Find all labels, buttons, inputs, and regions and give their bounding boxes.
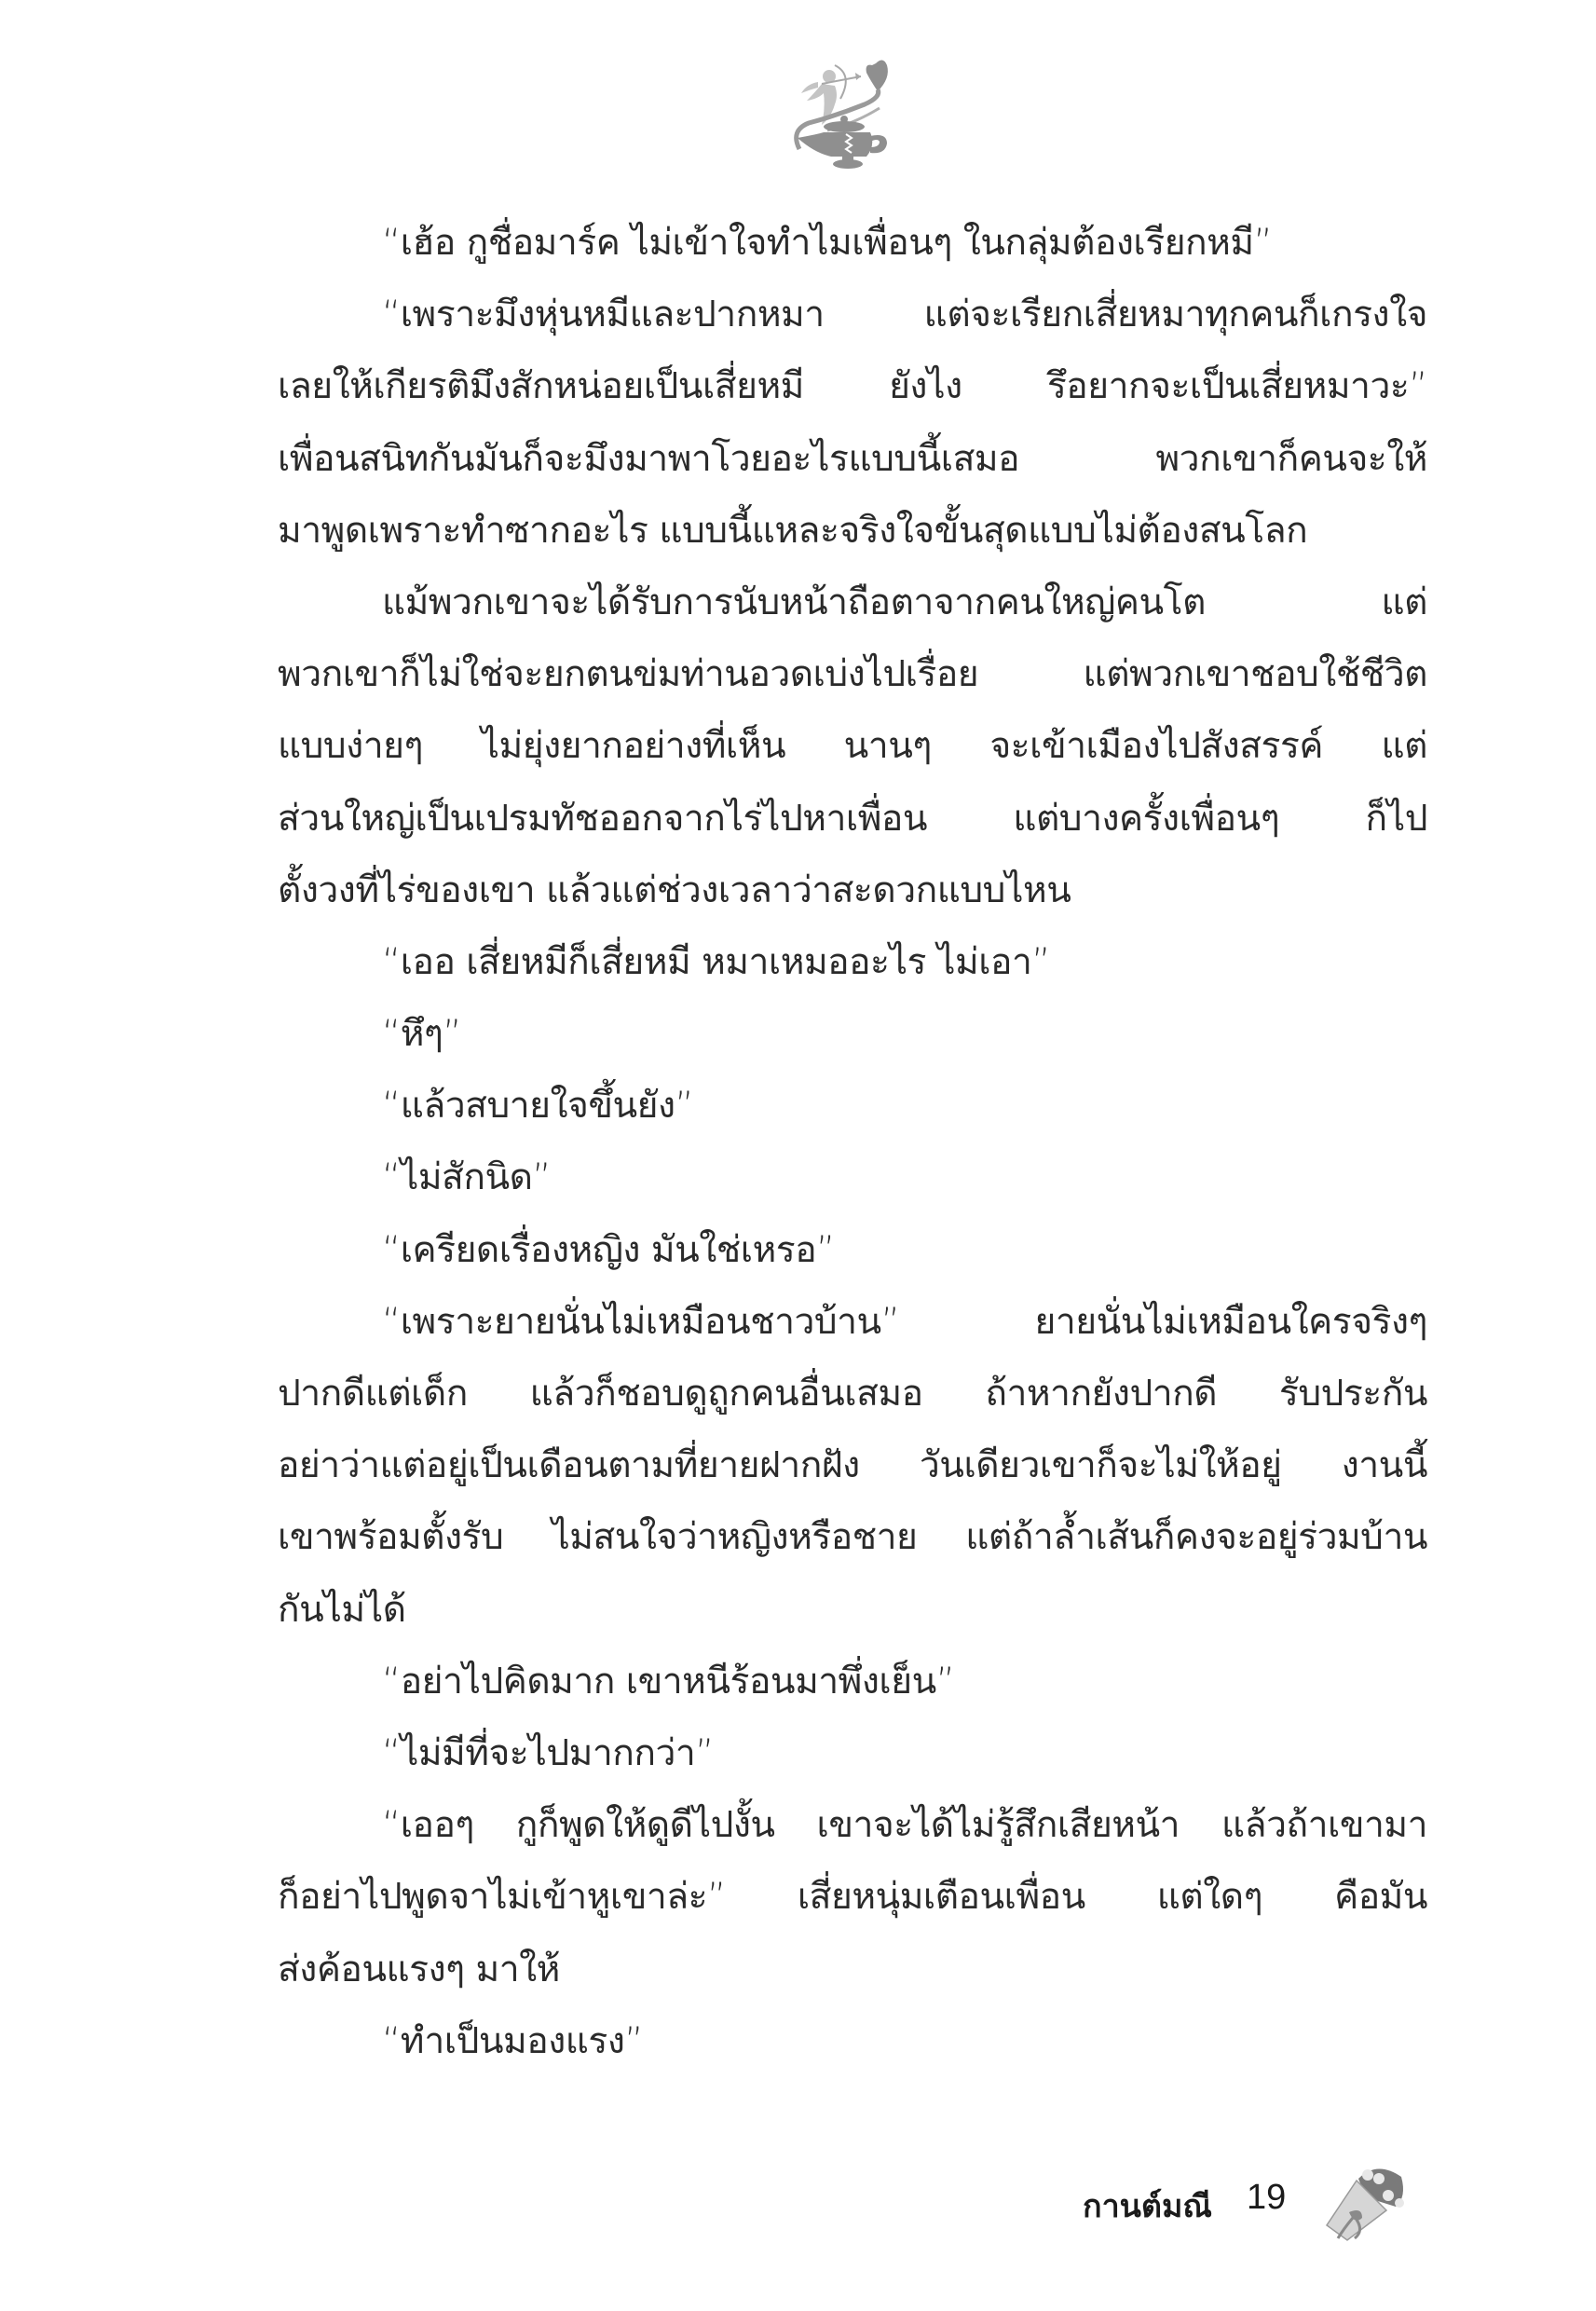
text-line: “เพราะยายนั่นไม่เหมือนชาวบ้าน” ยายนั่นไม… (278, 1286, 1427, 1358)
flower-bouquet-icon (1321, 2160, 1414, 2244)
text-line: กันไม่ได้ (278, 1574, 1427, 1646)
running-footer-title: กานต์มณี (1083, 2181, 1212, 2231)
text-line: “เพราะมึงหุ่นหมีและปากหมา แต่จะเรียกเสี่… (278, 279, 1427, 350)
text-line: เลยให้เกียรติมึงสักหน่อยเป็นเสี่ยหมี ยัง… (278, 350, 1427, 422)
text-line: มาพูดเพราะทำซากอะไร แบบนี้แหละจริงใจขั้น… (278, 495, 1427, 567)
text-line: เขาพร้อมตั้งรับ ไม่สนใจว่าหญิงหรือชาย แต… (278, 1501, 1427, 1573)
text-line: “เฮ้อ กูชื่อมาร์ค ไม่เข้าใจทำไมเพื่อนๆ ใ… (278, 207, 1427, 279)
book-page: “เฮ้อ กูชื่อมาร์ค ไม่เข้าใจทำไมเพื่อนๆ ใ… (0, 0, 1596, 2311)
text-line: พวกเขาก็ไม่ใช่จะยกตนข่มท่านอวดเบ่งไปเรื่… (278, 638, 1427, 710)
text-line: “เครียดเรื่องหญิง มันใช่เหรอ” (278, 1214, 1427, 1286)
text-line: “ไม่มีที่จะไปมากกว่า” (278, 1717, 1427, 1789)
text-line: ก็อย่าไปพูดจาไม่เข้าหูเขาล่ะ” เสี่ยหนุ่ม… (278, 1861, 1427, 1933)
genie-lamp-cupid-icon (781, 56, 902, 172)
text-line: ส่วนใหญ่เป็นเปรมทัชออกจากไร่ไปหาเพื่อน แ… (278, 783, 1427, 855)
text-line: ส่งค้อนแรงๆ มาให้ (278, 1934, 1427, 2005)
text-line: “เออ เสี่ยหมีก็เสี่ยหมี หมาเหมออะไร ไม่เ… (278, 926, 1427, 998)
text-line: “แล้วสบายใจขึ้นยัง” (278, 1070, 1427, 1142)
story-text: “เฮ้อ กูชื่อมาร์ค ไม่เข้าใจทำไมเพื่อนๆ ใ… (278, 207, 1427, 2077)
text-line: ตั้งวงที่ไร่ของเขา แล้วแต่ช่วงเวลาว่าสะด… (278, 855, 1427, 926)
text-line: “เออๆ กูก็พูดให้ดูดีไปงั้น เขาจะได้ไม่รู… (278, 1789, 1427, 1861)
page-number: 19 (1247, 2178, 1286, 2218)
text-line: แม้พวกเขาจะได้รับการนับหน้าถือตาจากคนใหญ… (278, 567, 1427, 638)
text-line: “ทำเป็นมองแรง” (278, 2005, 1427, 2077)
text-line: เพื่อนสนิทกันมันก็จะมึงมาพาโวยอะไรแบบนี้… (278, 423, 1427, 495)
text-line: “หึๆ” (278, 998, 1427, 1070)
text-line: ปากดีแต่เด็ก แล้วก็ชอบดูถูกคนอื่นเสมอ ถ้… (278, 1358, 1427, 1429)
text-line: “ไม่สักนิด” (278, 1142, 1427, 1213)
text-line: อย่าว่าแต่อยู่เป็นเดือนตามที่ยายฝากฝัง ว… (278, 1429, 1427, 1501)
text-line: แบบง่ายๆ ไม่ยุ่งยากอย่างที่เห็น นานๆ จะเ… (278, 710, 1427, 782)
text-line: “อย่าไปคิดมาก เขาหนีร้อนมาพึ่งเย็น” (278, 1646, 1427, 1717)
